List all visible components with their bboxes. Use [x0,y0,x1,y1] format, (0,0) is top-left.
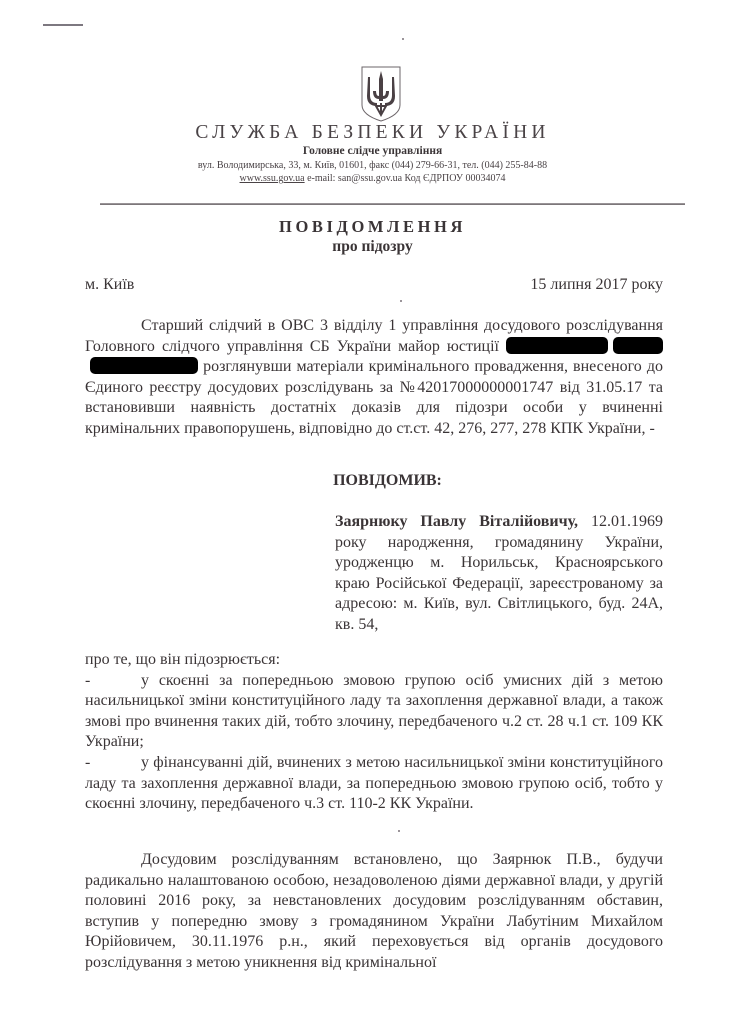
charge-item: -у фінансуванні дій, вчинених з метою на… [85,753,663,815]
scan-speck [402,38,404,40]
document-title: ПОВІДОМЛЕННЯ [0,217,745,237]
suspicion-intro: про те, що він підозрюється: [85,650,663,671]
suspect-name: Заярнюку Павлу Віталійовичу, [335,513,578,530]
redaction-block [613,337,663,354]
website-link[interactable]: www.ssu.gov.ua [240,173,305,184]
charge-text: у скоєнні за попередньою змовою групою о… [85,672,663,751]
department-name: Головне слідче управління [0,145,745,157]
organization-name: СЛУЖБА БЕЗПЕКИ УКРАЇНИ [0,122,745,144]
scan-speck [398,830,400,832]
organization-address: вул. Володимирська, 33, м. Київ, 01601, … [0,160,745,171]
suspect-details: 12.01.1969 року народження, громадянину … [335,513,663,633]
dash-marker: - [85,753,141,774]
investigation-paragraph: Досудовим розслідуванням встановлено, що… [85,850,663,974]
suspect-block: Заярнюку Павлу Віталійовичу, 12.01.1969 … [335,512,663,636]
redaction-block [90,357,198,374]
scan-speck [400,300,402,302]
intro-paragraph: Старший слідчий в ОВС 3 відділу 1 управл… [85,316,663,440]
suspicion-section: про те, що він підозрюється: -у скоєнні … [85,650,663,815]
notified-heading: ПОВІДОМИВ: [0,472,745,490]
document-subtitle: про підозру [0,238,745,256]
charge-text: у фінансуванні дій, вчинених з метою нас… [85,754,663,812]
charge-item: -у скоєнні за попередньою змовою групою … [85,671,663,753]
document-city: м. Київ [85,276,134,294]
letterhead-divider [100,203,685,205]
redaction-block [506,337,608,354]
dash-marker: - [85,671,141,692]
trident-coat-of-arms-icon [360,65,402,123]
email-and-code: e-mail: san@ssu.gov.ua Код ЄДРПОУ 000340… [305,173,506,184]
organization-contacts: www.ssu.gov.ua e-mail: san@ssu.gov.ua Ко… [0,173,745,184]
scan-artifact-line [43,24,83,26]
document-date: 15 липня 2017 року [530,276,663,294]
